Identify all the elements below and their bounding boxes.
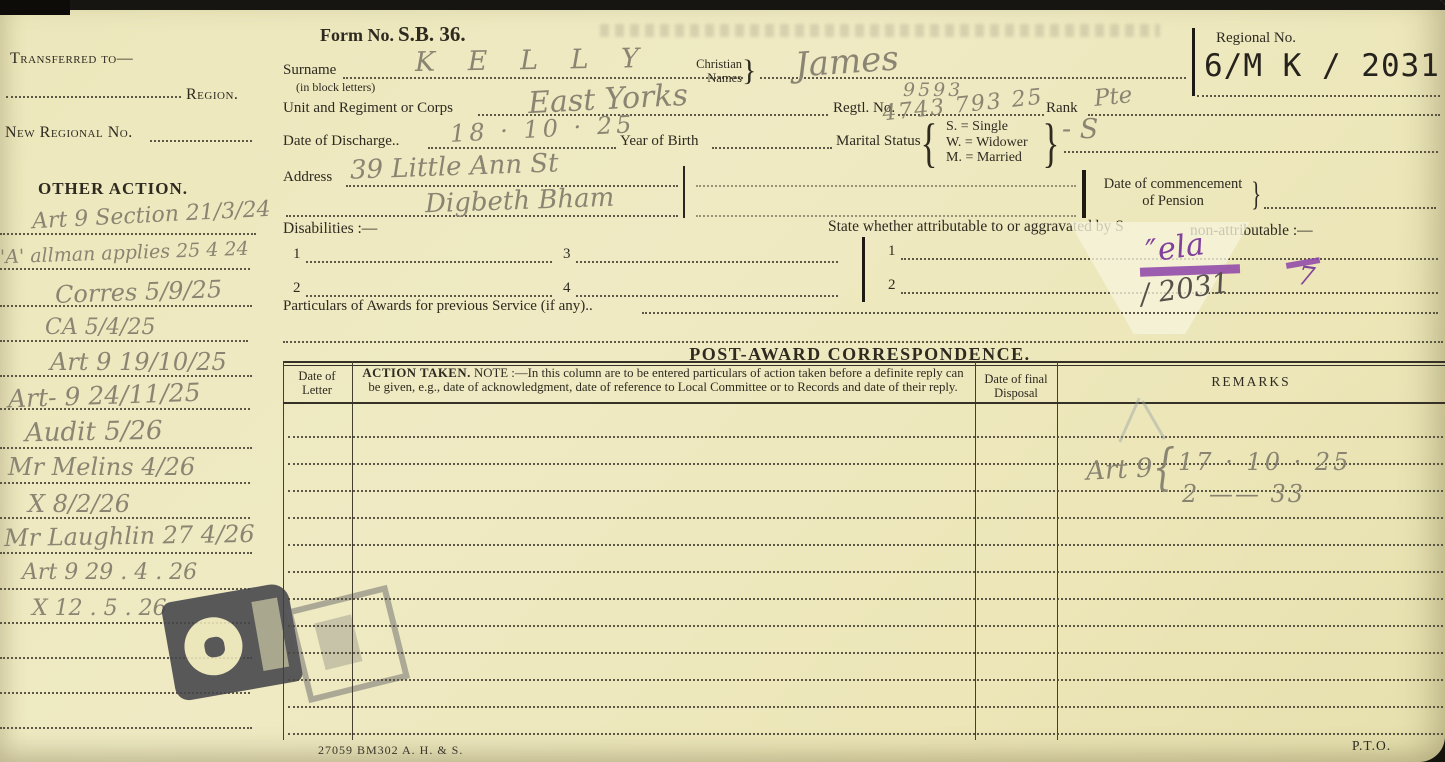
other-action-title: OTHER ACTION.: [38, 179, 188, 199]
printer-imprint: 27059 BM302 A. H. & S.: [318, 743, 463, 758]
purple-tick: 7: [1296, 261, 1317, 293]
dotted-line: [576, 295, 838, 297]
transferred-to-label: Transferred to—: [10, 50, 133, 68]
pto-label: P.T.O.: [1352, 738, 1391, 754]
table-vline-date: [352, 361, 353, 740]
marital-value: - S: [1062, 114, 1098, 145]
table-row-line: [288, 679, 1443, 681]
marital-status-label: Marital Status: [836, 133, 921, 150]
christian-names-label: Christian Names: [690, 57, 742, 86]
table-row-line: [288, 598, 1443, 600]
action-taken-bold: ACTION TAKEN.: [362, 366, 470, 380]
dotted-line: [696, 185, 1076, 187]
form-no: Form No. S.B. 36.: [320, 22, 466, 47]
other-action-note: Art 9 Section 21/3/24: [32, 197, 272, 234]
col-header-remarks: REMARKS: [1060, 374, 1442, 390]
remarks-note-brace: {: [1153, 438, 1175, 496]
other-action-note: Audit 5/26: [25, 416, 163, 448]
christian-value: James: [794, 38, 900, 85]
dotted-line: [576, 261, 838, 263]
disability-3: 3: [563, 246, 571, 263]
table-row-line: [288, 571, 1443, 573]
table-row-line: [288, 625, 1443, 627]
disabilities-label: Disabilities :—: [283, 220, 377, 238]
year-of-birth-label: Year of Birth: [620, 133, 698, 150]
table-row-line: [288, 733, 1443, 735]
dotted-line: [306, 295, 552, 297]
dotted-line: [283, 341, 1443, 343]
regional-divider-bar: [1192, 28, 1195, 96]
col-header-date-of-letter: Date of Letter: [288, 369, 346, 398]
scan-top-strip: [0, 0, 1445, 10]
other-action-note: X 12 . 5 . 26: [32, 596, 167, 621]
col-header-final-disposal: Date of final Disposal: [980, 372, 1052, 401]
disability-1: 1: [293, 246, 301, 263]
dotted-line: [1088, 114, 1440, 116]
table-row-line: [288, 517, 1443, 519]
table-vline-left: [283, 361, 284, 740]
surname-sublabel: (in block letters): [296, 80, 375, 95]
ghost-text-bleedthrough: [600, 24, 1160, 37]
other-action-note: X 8/2/26: [28, 490, 130, 518]
remarks-note-line2: 2 —— 33: [1182, 480, 1305, 508]
address-label: Address: [283, 169, 332, 186]
rank-value: Pte: [1093, 82, 1134, 112]
dotted-line: [0, 588, 250, 590]
marital-brace-open: {: [921, 112, 938, 174]
dotted-line: [150, 140, 252, 142]
table-header-rule: [283, 402, 1445, 404]
marital-options: S. = Single W. = Widower M. = Married: [946, 119, 1056, 166]
regional-no-value: 6/M K / 2031: [1204, 48, 1440, 84]
disability-2: 2: [293, 280, 301, 297]
other-action-note: CA 5/4/25: [45, 315, 156, 340]
attributable-1: 1: [888, 243, 896, 260]
awards-label: Particulars of Awards for previous Servi…: [283, 298, 593, 315]
dotted-line: [6, 96, 181, 98]
discharge-label: Date of Discharge..: [283, 133, 399, 150]
form-no-prefix: Form No.: [320, 25, 394, 45]
unit-label: Unit and Regiment or Corps: [283, 100, 453, 117]
new-regional-no-label: New Regional No.: [5, 124, 133, 142]
surname-value: K E L L Y: [415, 43, 651, 78]
address-divider: [683, 166, 685, 218]
surname-label: Surname: [283, 62, 336, 79]
remarks-note-art9: Art 9: [1085, 453, 1153, 486]
table-top-rule: [283, 361, 1445, 363]
marital-brace-close: }: [1043, 112, 1060, 174]
attributable-divider-bar: [862, 237, 865, 302]
dotted-line: [1264, 207, 1436, 209]
table-row-line: [288, 706, 1443, 708]
dotted-line: [0, 340, 248, 342]
table-row-line: [288, 652, 1443, 654]
other-action-note: Art 9 29 . 4 . 26: [22, 560, 197, 585]
table-row-line: [288, 436, 1443, 438]
christian-brace: }: [742, 54, 756, 88]
regional-no-label: Regional No.: [1216, 30, 1296, 47]
pension-record-card: Transferred to— Region. New Regional No.…: [0, 0, 1445, 762]
dotted-line: [306, 261, 552, 263]
col-header-action-taken: ACTION TAKEN. NOTE :—In this column are …: [360, 366, 966, 394]
table-row-line: [288, 544, 1443, 546]
dotted-line: [0, 482, 250, 484]
other-action-note: Corres 5/9/25: [55, 275, 223, 309]
pension-commencement-label: Date of commencement of Pension: [1098, 176, 1248, 211]
attributable-2: 2: [888, 277, 896, 294]
table-vline-disposal: [975, 361, 976, 740]
dotted-line: [0, 268, 250, 270]
dotted-line: [1197, 95, 1440, 97]
dotted-line: [0, 727, 252, 729]
dotted-line: [642, 312, 1438, 314]
dotted-line: [1064, 151, 1438, 153]
other-action-note: Mr Melins 4/26: [8, 453, 195, 481]
dotted-line: [712, 147, 832, 149]
other-action-note: Art 9 19/10/25: [50, 348, 227, 376]
ink-stamp-outline: [286, 585, 410, 703]
table-vline-remarks: [1057, 361, 1058, 740]
pencil-scribble: [1141, 400, 1166, 440]
pension-divider-bar: [1082, 170, 1086, 218]
other-action-note: 'A' allman applies 25 4 24: [0, 238, 249, 269]
pension-brace: }: [1251, 176, 1261, 214]
address-value-line2: Digbeth Bham: [425, 183, 615, 220]
form-no-value: S.B. 36.: [398, 22, 466, 46]
dotted-line: [696, 215, 1076, 217]
scan-top-corner: [0, 0, 70, 15]
address-value-line1: 39 Little Ann St: [350, 148, 560, 185]
disability-4: 4: [563, 280, 571, 297]
remarks-note-line1: 17 · 10 · 25: [1178, 448, 1351, 476]
other-action-note: Mr Laughlin 27 4/26: [4, 520, 255, 552]
region-label: Region.: [186, 86, 238, 104]
dotted-line: [0, 552, 252, 554]
